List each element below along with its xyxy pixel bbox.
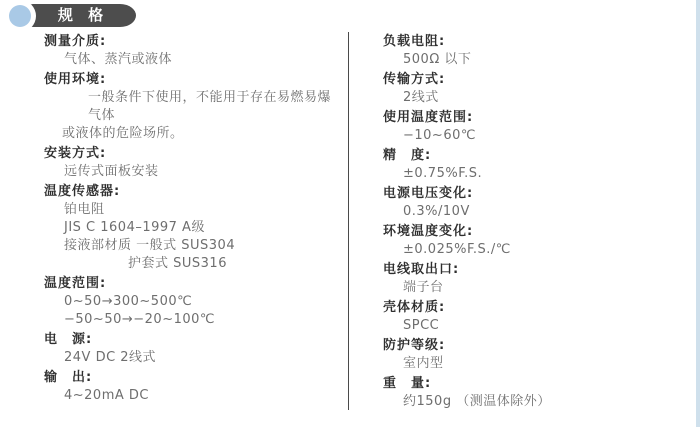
spec-value: 0~50→300~500℃ — [64, 293, 340, 311]
spec-column-right: 负载电阻:500Ω 以下传输方式:2线式使用温度范围:−10~60℃精 度:±0… — [383, 33, 683, 413]
section-header: 规 格 — [0, 0, 170, 36]
spec-group: 环境温度变化:±0.025%F.S./℃ — [383, 223, 683, 259]
spec-value: 接液部材质 一般式 SUS304 — [64, 237, 340, 255]
spec-label: 传输方式: — [383, 71, 683, 89]
spec-group: 使用环境:一般条件下使用，不能用于存在易燃易爆气体或液体的危险场所。 — [44, 71, 340, 143]
spec-label: 环境温度变化: — [383, 223, 683, 241]
column-divider — [348, 32, 349, 410]
spec-group: 防护等级:室内型 — [383, 337, 683, 373]
spec-value: −50~50→−20~100℃ — [64, 311, 340, 329]
spec-value: 4~20mA DC — [64, 387, 340, 405]
spec-group: 电源电压变化:0.3%/10V — [383, 185, 683, 221]
header-bullet-icon — [9, 5, 31, 27]
spec-group: 电线取出口:端子台 — [383, 261, 683, 297]
spec-label: 重 量: — [383, 375, 683, 393]
spec-value: 铂电阻 — [64, 201, 340, 219]
spec-group: 温度范围:0~50→300~500℃−50~50→−20~100℃ — [44, 275, 340, 329]
spec-value: 约150g （测温体除外） — [403, 393, 683, 411]
spec-label: 使用温度范围: — [383, 109, 683, 127]
right-edge-accent — [696, 0, 700, 427]
spec-label: 电 源: — [44, 331, 340, 349]
spec-value: 2线式 — [403, 89, 683, 107]
spec-value: −10~60℃ — [403, 127, 683, 145]
spec-label: 测量介质: — [44, 33, 340, 51]
spec-label: 壳体材质: — [383, 299, 683, 317]
section-title: 规 格 — [22, 4, 136, 27]
spec-value: 端子台 — [403, 279, 683, 297]
spec-value: 一般条件下使用，不能用于存在易燃易爆气体 — [88, 89, 340, 125]
spec-value: 气体、蒸汽或液体 — [64, 51, 340, 69]
spec-value: 500Ω 以下 — [403, 51, 683, 69]
spec-group: 测量介质:气体、蒸汽或液体 — [44, 33, 340, 69]
spec-label: 电源电压变化: — [383, 185, 683, 203]
spec-label: 负载电阻: — [383, 33, 683, 51]
spec-label: 使用环境: — [44, 71, 340, 89]
spec-label: 安装方式: — [44, 145, 340, 163]
spec-group: 使用温度范围:−10~60℃ — [383, 109, 683, 145]
spec-label: 温度传感器: — [44, 183, 340, 201]
spec-group: 壳体材质:SPCC — [383, 299, 683, 335]
spec-group: 安装方式:远传式面板安装 — [44, 145, 340, 181]
spec-value: 24V DC 2线式 — [64, 349, 340, 367]
spec-label: 温度范围: — [44, 275, 340, 293]
spec-label: 电线取出口: — [383, 261, 683, 279]
spec-label: 精 度: — [383, 147, 683, 165]
spec-sheet-page: 规 格 测量介质:气体、蒸汽或液体使用环境:一般条件下使用，不能用于存在易燃易爆… — [0, 0, 700, 427]
spec-value: ±0.75%F.S. — [403, 165, 683, 183]
spec-group: 传输方式:2线式 — [383, 71, 683, 107]
spec-value: 0.3%/10V — [403, 203, 683, 221]
spec-value: ±0.025%F.S./℃ — [403, 241, 683, 259]
spec-label: 防护等级: — [383, 337, 683, 355]
spec-value: 护套式 SUS316 — [128, 255, 340, 273]
spec-group: 输 出:4~20mA DC — [44, 369, 340, 405]
spec-group: 电 源:24V DC 2线式 — [44, 331, 340, 367]
spec-value: SPCC — [403, 317, 683, 335]
spec-value: 室内型 — [403, 355, 683, 373]
spec-column-left: 测量介质:气体、蒸汽或液体使用环境:一般条件下使用，不能用于存在易燃易爆气体或液… — [44, 33, 340, 407]
spec-group: 温度传感器:铂电阻JIS C 1604–1997 A级接液部材质 一般式 SUS… — [44, 183, 340, 273]
spec-group: 负载电阻:500Ω 以下 — [383, 33, 683, 69]
section-header-banner: 规 格 — [22, 4, 136, 27]
spec-value: 或液体的危险场所。 — [62, 125, 340, 143]
spec-label: 输 出: — [44, 369, 340, 387]
spec-group: 精 度:±0.75%F.S. — [383, 147, 683, 183]
spec-value: JIS C 1604–1997 A级 — [64, 219, 340, 237]
spec-value: 远传式面板安装 — [64, 163, 340, 181]
spec-group: 重 量:约150g （测温体除外） — [383, 375, 683, 411]
